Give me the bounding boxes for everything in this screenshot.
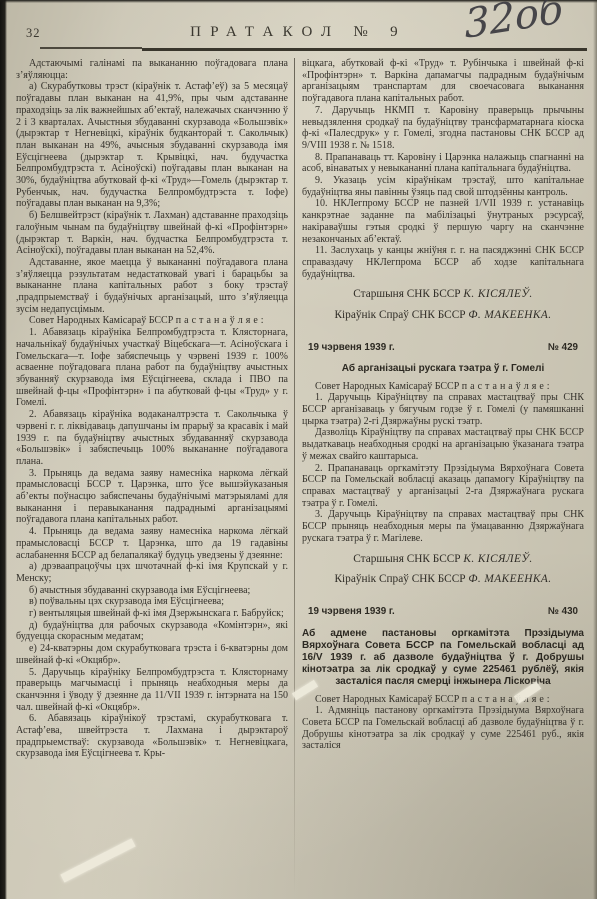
signature-name: Ф. МАКЕЕНКА. (468, 309, 551, 321)
paragraph: Совет Народных Камісараў БССР пастанаўля… (302, 694, 584, 706)
paragraph: 1. Абавязаць кіраўніка Белпромбудтрэста … (16, 327, 288, 409)
left-column: Адстаючымі галінамі па выкананню поўгадо… (16, 58, 288, 894)
signature-line: Старшыня СНК БССР К. КІСЯЛЕЎ. (302, 289, 584, 301)
signature-title: Кіраўнік Спраў СНК БССР (335, 309, 469, 321)
header-rule-thick (142, 48, 587, 51)
paragraph: 3. Даручыць Кіраўніцтву па справах маста… (302, 509, 584, 544)
section-heading: Аб арганізацыі рускага тэатра ў г. Гомел… (302, 363, 584, 375)
paragraph: Дазволіць Кіраўніцтву па справах мастацт… (302, 427, 584, 462)
paragraph: Совет Народных Камісараў БССР пастанаўля… (16, 315, 288, 327)
decree-number: № 430 (548, 606, 578, 618)
signature-name: Ф. МАКЕЕНКА. (468, 573, 551, 585)
paragraph: 2. Абавязаць кіраўніка водаканалтрэста т… (16, 409, 288, 468)
paragraph: віцкага, абутковай ф-кі «Труд» т. Рубінч… (302, 58, 584, 105)
signature-name: К. КІСЯЛЕЎ. (463, 288, 532, 300)
signature-title: Старшыня СНК БССР (353, 288, 463, 300)
paragraph: 2. Прапанаваць оргкамітэту Прэзідыума Вя… (302, 463, 584, 510)
paragraph: б) ачыстныя збудаванні скурзавода імя Еў… (16, 585, 288, 597)
section-heading: Аб адмене пастановы оргкамітэта Прэзідыу… (302, 628, 584, 689)
paragraph: 5. Даручыць кіраўніку Белпромбудтрэста т… (16, 667, 288, 714)
header-rule-thin (40, 47, 142, 49)
paragraph: 3. Прыняць да ведама заяву намесніка нар… (16, 468, 288, 527)
scan-edge-right (593, 0, 597, 899)
paragraph: Адставанне, якое маецца ў выкананні поўг… (16, 257, 288, 316)
decree-number: № 429 (548, 342, 578, 354)
paragraph: 1. Адмяніць пастанову оргкамітэта Прэзід… (302, 705, 584, 752)
column-divider (294, 58, 295, 894)
decree-date: 19 чэрвеня 1939 г. (308, 606, 395, 618)
signature-line: Кіраўнік Спраў СНК БССР Ф. МАКЕЕНКА. (302, 310, 584, 322)
paragraph: 4. Прыняць да ведама заяву намесніка нар… (16, 526, 288, 561)
scan-edge-left (0, 0, 7, 899)
paragraph: 6. Абавязаць кіраўнікоў трэстамі, скураб… (16, 713, 288, 760)
paragraph: 11. Заслухаць у канцы жніўня г. г. на па… (302, 245, 584, 280)
paragraph: е) 24-кватэрны дом скурабутковага трэста… (16, 643, 288, 666)
paragraph: а) Скурабутковы трэст (кіраўнік т. Астаф… (16, 81, 288, 210)
signature-title: Кіраўнік Спраў СНК БССР (335, 573, 469, 585)
signature-title: Старшыня СНК БССР (353, 553, 463, 565)
right-column: віцкага, абутковай ф-кі «Труд» т. Рубінч… (302, 58, 584, 894)
paragraph: 9. Указаць усім кіраўнікам трэстаў, што … (302, 175, 584, 198)
paragraph: 7. Даручыць НКМП т. Каровіну праверыць п… (302, 105, 584, 152)
paragraph: 8. Прапанаваць тт. Каровіну і Царэнка на… (302, 152, 584, 175)
paragraph: б) Белшвейтрэст (кіраўнік т. Лахман) адс… (16, 210, 288, 257)
paragraph: в) поўвальны цэх скурзавода імя Еўсцігне… (16, 596, 288, 608)
paragraph: 10. НКЛегпрому БССР не пазней 1/VII 1939… (302, 198, 584, 245)
paragraph: 1. Даручыць Кіраўніцтву па справах маста… (302, 392, 584, 427)
decree-date: 19 чэрвеня 1939 г. (308, 342, 395, 354)
paragraph: а) дрэваапрацоўчы цэх шчотачнай ф-кі імя… (16, 561, 288, 584)
signature-name: К. КІСЯЛЕЎ. (463, 553, 532, 565)
paragraph: Совет Народных Камісараў БССР пастанаўля… (302, 381, 584, 393)
paragraph: д) будаўніцтва для рабочых скурзавода «К… (16, 620, 288, 643)
text-columns: Адстаючымі галінамі па выкананню поўгадо… (16, 58, 590, 894)
paragraph: Адстаючымі галінамі па выкананню поўгадо… (16, 58, 288, 81)
page-header: 32 ПРАТАКОЛ № 9 32об (0, 0, 597, 56)
date-row: 19 чэрвеня 1939 г.№ 430 (308, 606, 578, 618)
scanned-document-page: 32 ПРАТАКОЛ № 9 32об Адстаючымі галінамі… (0, 0, 597, 899)
signature-line: Старшыня СНК БССР К. КІСЯЛЕЎ. (302, 554, 584, 566)
signature-line: Кіраўнік Спраў СНК БССР Ф. МАКЕЕНКА. (302, 574, 584, 586)
paragraph: г) вентыляцыя швейнай ф-кі імя Дзержынск… (16, 608, 288, 620)
date-row: 19 чэрвеня 1939 г.№ 429 (308, 342, 578, 354)
